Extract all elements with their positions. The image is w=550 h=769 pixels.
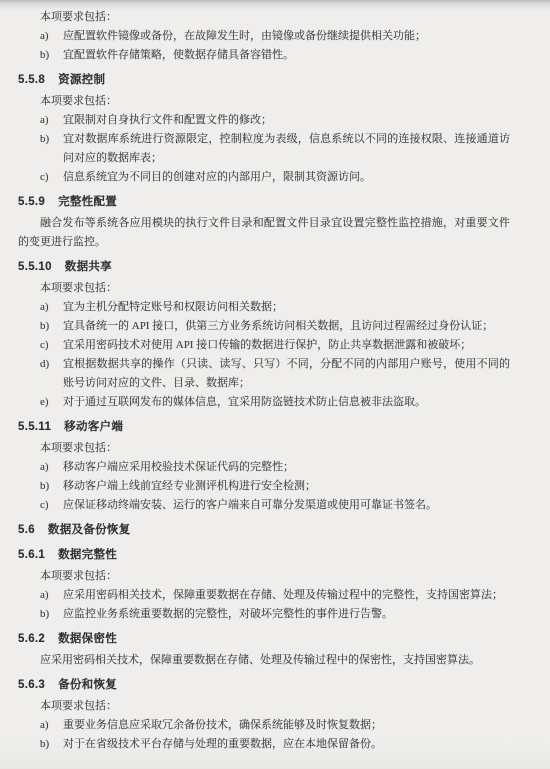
item-label: a) (40, 716, 63, 735)
section-title: 数据共享 (65, 258, 112, 277)
requirement-list: a)宜限制对自身执行文件和配置文件的修改；b)宜对数据库系统进行资源限定，控制粒… (18, 111, 510, 187)
section-number: 5.5.9 (18, 193, 45, 212)
item-label: e) (40, 393, 63, 412)
section-title: 移动客户端 (64, 418, 123, 437)
section-number: 5.5.10 (18, 258, 52, 277)
item-label: b) (40, 605, 63, 624)
section-title: 备份和恢复 (58, 676, 117, 695)
item-text: 移动客户端上线前宜经专业测评机构进行安全检测； (63, 477, 510, 496)
item-text: 移动客户端应采用校验技术保证代码的完整性； (63, 458, 510, 477)
list-item: b)宜配置软件存储策略，使数据存储具备容错性。 (18, 46, 510, 65)
list-item: c)信息系统宜为不同目的创建对应的内部用户，限制其资源访问。 (18, 168, 510, 187)
requirement-list: a)宜为主机分配特定账号和权限访问相关数据；b)宜具备统一的 API 接口，供第… (18, 298, 510, 412)
section-heading: 5.6.2数据保密性 (18, 630, 510, 649)
item-text: 宜限制对自身执行文件和配置文件的修改； (63, 111, 510, 130)
item-text: 重要业务信息应采取冗余备份技术，确保系统能够及时恢复数据； (63, 716, 510, 735)
section-heading: 5.5.9完整性配置 (18, 193, 510, 212)
list-item: a)移动客户端应采用校验技术保证代码的完整性； (18, 458, 510, 477)
requirement-list: a)移动客户端应采用校验技术保证代码的完整性；b)移动客户端上线前宜经专业测评机… (18, 458, 510, 515)
section-heading: 5.5.11移动客户端 (18, 418, 510, 437)
item-text: 宜为主机分配特定账号和权限访问相关数据； (63, 298, 510, 317)
item-text: 宜根据数据共享的操作（只读、读写、只写）不同，分配不同的内部用户账号，使用不同的… (63, 355, 510, 393)
document-body: 本项要求包括：a)应配置软件镜像或备份，在故障发生时，由镜像或备份继续提供相关功… (18, 8, 510, 754)
item-label: a) (40, 27, 63, 46)
section-number: 5.6 (18, 521, 35, 540)
requirement-list: a)应采用密码相关技术，保障重要数据在存储、处理及传输过程中的完整性，支持国密算… (18, 586, 510, 624)
item-label: c) (40, 336, 63, 355)
list-item: a)应配置软件镜像或备份，在故障发生时，由镜像或备份继续提供相关功能； (18, 27, 510, 46)
item-label: b) (40, 735, 63, 754)
list-item: d)宜根据数据共享的操作（只读、读写、只写）不同，分配不同的内部用户账号，使用不… (18, 355, 510, 393)
item-text: 应采用密码相关技术，保障重要数据在存储、处理及传输过程中的完整性，支持国密算法； (63, 586, 510, 605)
item-text: 宜配置软件存储策略，使数据存储具备容错性。 (63, 46, 510, 65)
item-text: 对于在省级技术平台存储与处理的重要数据，应在本地保留备份。 (63, 735, 510, 754)
item-label: b) (40, 130, 63, 168)
list-item: b)应监控业务系统重要数据的完整性，对破坏完整性的事件进行告警。 (18, 605, 510, 624)
section-number: 5.6.3 (18, 676, 45, 695)
paragraph: 本项要求包括： (18, 8, 510, 27)
section-heading: 5.5.8资源控制 (18, 71, 510, 90)
item-label: a) (40, 458, 63, 477)
paragraph: 本项要求包括： (18, 279, 510, 298)
section-number: 5.5.11 (18, 418, 51, 437)
list-item: a)应采用密码相关技术，保障重要数据在存储、处理及传输过程中的完整性，支持国密算… (18, 586, 510, 605)
item-label: a) (40, 111, 63, 130)
item-text: 宜具备统一的 API 接口，供第三方业务系统访问相关数据，且访问过程需经过身份认… (63, 317, 510, 336)
requirement-list: a)重要业务信息应采取冗余备份技术，确保系统能够及时恢复数据；b)对于在省级技术… (18, 716, 510, 754)
item-text: 信息系统宜为不同目的创建对应的内部用户，限制其资源访问。 (63, 168, 510, 187)
item-label: a) (40, 586, 63, 605)
paragraph: 本项要求包括： (18, 567, 510, 586)
section-heading: 5.6数据及备份恢复 (18, 521, 510, 540)
item-label: b) (40, 46, 63, 65)
item-text: 应保证移动终端安装、运行的客户端来自可靠分发渠道或使用可靠证书签名。 (63, 496, 510, 515)
list-item: a)重要业务信息应采取冗余备份技术，确保系统能够及时恢复数据； (18, 716, 510, 735)
paragraph: 本项要求包括： (18, 92, 510, 111)
list-item: e)对于通过互联网发布的媒体信息，宜采用防盗链技术防止信息被非法盗取。 (18, 393, 510, 412)
list-item: a)宜限制对自身执行文件和配置文件的修改； (18, 111, 510, 130)
section-title: 数据保密性 (58, 630, 117, 649)
item-label: c) (40, 496, 63, 515)
paragraph: 本项要求包括： (18, 439, 510, 458)
item-label: d) (40, 355, 63, 393)
section-title: 完整性配置 (58, 193, 117, 212)
requirement-list: a)应配置软件镜像或备份，在故障发生时，由镜像或备份继续提供相关功能；b)宜配置… (18, 27, 510, 65)
section-title: 资源控制 (58, 71, 105, 90)
list-item: b)移动客户端上线前宜经专业测评机构进行安全检测； (18, 477, 510, 496)
section-title: 数据完整性 (58, 546, 117, 565)
list-item: c)应保证移动终端安装、运行的客户端来自可靠分发渠道或使用可靠证书签名。 (18, 496, 510, 515)
section-title: 数据及备份恢复 (48, 521, 131, 540)
item-label: b) (40, 477, 63, 496)
list-item: a)宜为主机分配特定账号和权限访问相关数据； (18, 298, 510, 317)
item-text: 宜采用密码技术对使用 API 接口传输的数据进行保护，防止共享数据泄露和被破坏； (63, 336, 510, 355)
paragraph: 融合发布等系统各应用模块的执行文件目录和配置文件目录宜设置完整性监控措施，对重要… (18, 214, 510, 252)
list-item: b)宜具备统一的 API 接口，供第三方业务系统访问相关数据，且访问过程需经过身… (18, 317, 510, 336)
paragraph: 本项要求包括： (18, 697, 510, 716)
section-number: 5.5.8 (18, 71, 45, 90)
item-label: a) (40, 298, 63, 317)
section-heading: 5.6.1数据完整性 (18, 546, 510, 565)
item-label: b) (40, 317, 63, 336)
section-number: 5.6.2 (18, 630, 45, 649)
item-label: c) (40, 168, 63, 187)
list-item: b)对于在省级技术平台存储与处理的重要数据，应在本地保留备份。 (18, 735, 510, 754)
list-item: c)宜采用密码技术对使用 API 接口传输的数据进行保护，防止共享数据泄露和被破… (18, 336, 510, 355)
item-text: 对于通过互联网发布的媒体信息，宜采用防盗链技术防止信息被非法盗取。 (63, 393, 510, 412)
document-page: 本项要求包括：a)应配置软件镜像或备份，在故障发生时，由镜像或备份继续提供相关功… (0, 0, 550, 754)
section-heading: 5.5.10数据共享 (18, 258, 510, 277)
list-item: b)宜对数据库系统进行资源限定，控制粒度为表级，信息系统以不同的连接权限、连接通… (18, 130, 510, 168)
item-text: 宜对数据库系统进行资源限定，控制粒度为表级，信息系统以不同的连接权限、连接通道访… (63, 130, 510, 168)
section-heading: 5.6.3备份和恢复 (18, 676, 510, 695)
paragraph: 应采用密码相关技术，保障重要数据在存储、处理及传输过程中的保密性，支持国密算法。 (18, 651, 510, 670)
section-number: 5.6.1 (18, 546, 45, 565)
item-text: 应配置软件镜像或备份，在故障发生时，由镜像或备份继续提供相关功能； (63, 27, 510, 46)
item-text: 应监控业务系统重要数据的完整性，对破坏完整性的事件进行告警。 (63, 605, 510, 624)
